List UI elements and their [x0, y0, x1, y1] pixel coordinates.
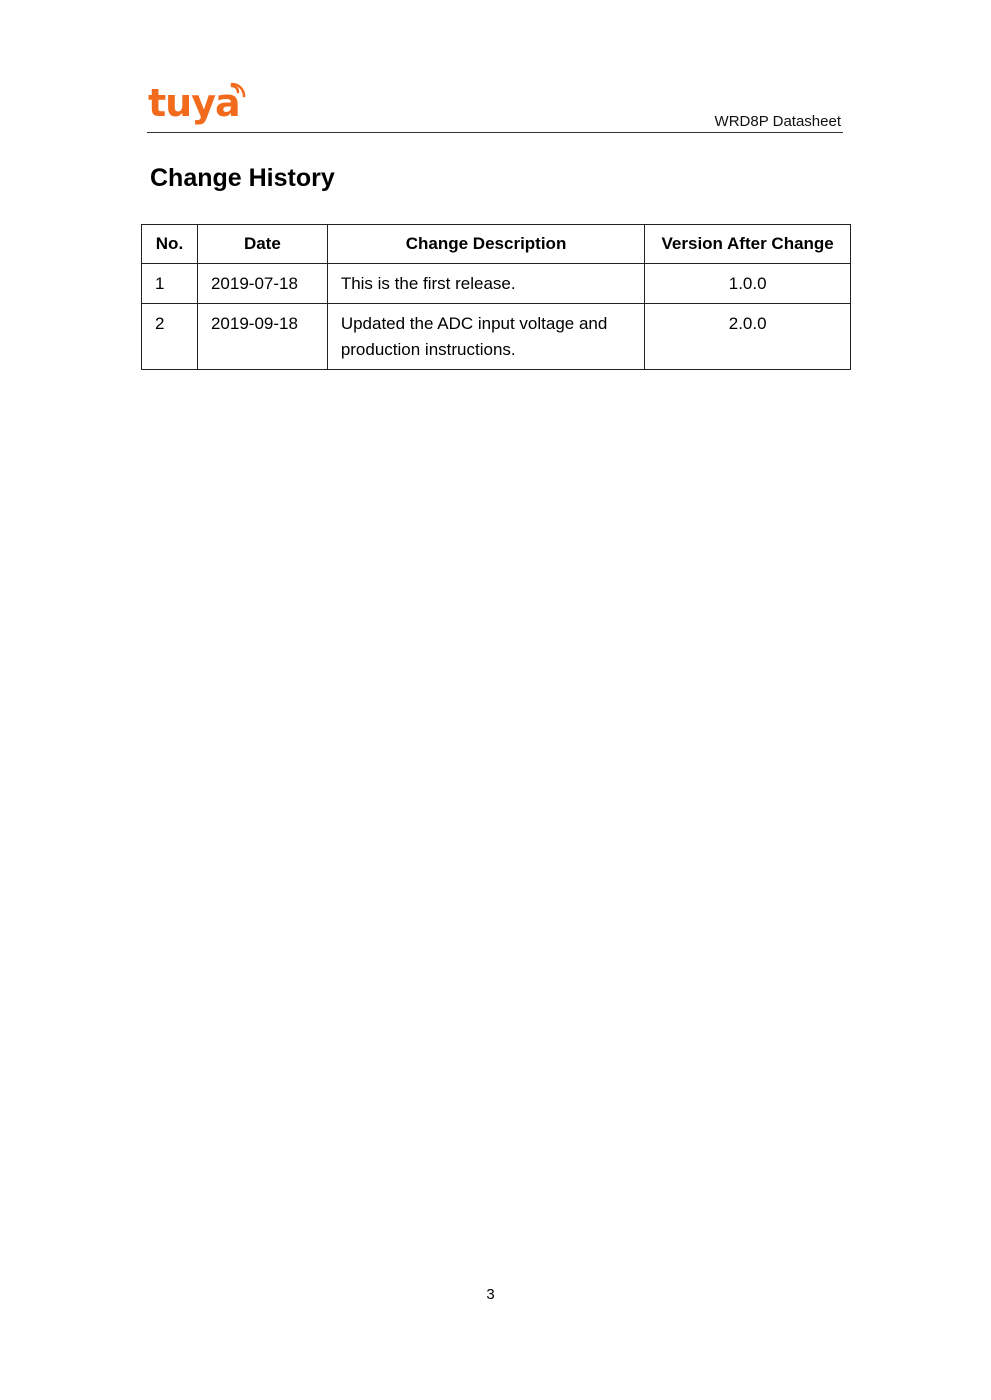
column-header-version: Version After Change — [645, 225, 851, 264]
cell-no: 1 — [142, 264, 198, 304]
cell-no: 2 — [142, 304, 198, 370]
table-row: 2 2019-09-18 Updated the ADC input volta… — [142, 304, 851, 370]
wifi-signal-icon — [230, 82, 250, 102]
document-title: WRD8P Datasheet — [715, 113, 841, 130]
cell-version: 1.0.0 — [645, 264, 851, 304]
page-number: 3 — [0, 1286, 981, 1303]
change-history-table: No. Date Change Description Version Afte… — [141, 224, 851, 370]
cell-date: 2019-09-18 — [197, 304, 327, 370]
cell-description: This is the first release. — [327, 264, 644, 304]
column-header-date: Date — [197, 225, 327, 264]
cell-date: 2019-07-18 — [197, 264, 327, 304]
header-divider — [147, 132, 843, 133]
column-header-description: Change Description — [327, 225, 644, 264]
page-title: Change History — [150, 164, 335, 193]
cell-version: 2.0.0 — [645, 304, 851, 370]
column-header-no: No. — [142, 225, 198, 264]
table-header-row: No. Date Change Description Version Afte… — [142, 225, 851, 264]
cell-description: Updated the ADC input voltage and produc… — [327, 304, 644, 370]
logo-text: tuya — [148, 80, 240, 126]
tuya-logo: tuya — [148, 80, 253, 130]
table-row: 1 2019-07-18 This is the first release. … — [142, 264, 851, 304]
